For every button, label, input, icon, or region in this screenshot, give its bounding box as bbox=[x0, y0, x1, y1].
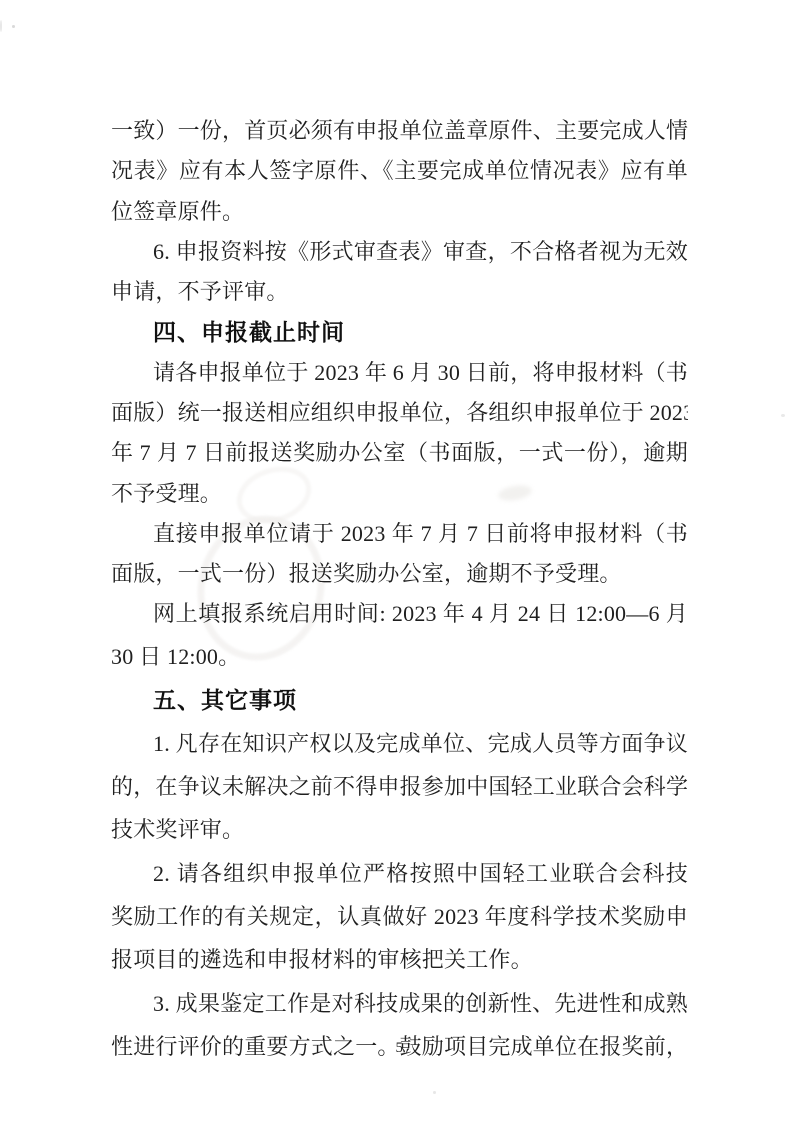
text-line: 报项目的遴选和申报材料的审核把关工作。 bbox=[111, 938, 688, 981]
text-line: 不予受理。 bbox=[111, 474, 688, 514]
text-line: 的，在争议未解决之前不得申报参加中国轻工业联合会科学 bbox=[111, 765, 688, 808]
text-line: 面版，一式一份）报送奖励办公室，逾期不予受理。 bbox=[111, 554, 688, 594]
scan-speck-artifact bbox=[0, 20, 2, 32]
text-line: 请各申报单位于 2023 年 6 月 30 日前，将申报材料（书 bbox=[111, 353, 688, 393]
scan-speck-artifact bbox=[12, 25, 15, 28]
text-line: 2. 请各组织申报单位严格按照中国轻工业联合会科技 bbox=[111, 852, 688, 895]
document-page: 一致）一份，首页必须有申报单位盖章原件、主要完成人情 况表》应有本人签字原件、《… bbox=[0, 0, 800, 1131]
text-line: 年 7 月 7 日前报送奖励办公室（书面版，一式一份），逾期 bbox=[111, 433, 688, 473]
section-heading-5: 五、其它事项 bbox=[111, 679, 688, 722]
text-line: 1. 凡存在知识产权以及完成单位、完成人员等方面争议 bbox=[111, 722, 688, 765]
section-heading-4: 四、申报截止时间 bbox=[111, 312, 688, 352]
text-line: 技术奖评审。 bbox=[111, 808, 688, 851]
text-line: 位签章原件。 bbox=[111, 192, 688, 232]
text-line: 直接申报单位请于 2023 年 7 月 7 日前将申报材料（书 bbox=[111, 514, 688, 554]
text-line: 30 日 12:00。 bbox=[111, 635, 688, 678]
body-text-upper: 一致）一份，首页必须有申报单位盖章原件、主要完成人情 况表》应有本人签字原件、《… bbox=[111, 111, 688, 595]
text-line: 况表》应有本人签字原件、《主要完成单位情况表》应有单 bbox=[111, 151, 688, 191]
body-text-lower: 网上填报系统启用时间: 2023 年 4 月 24 日 12:00—6 月 30… bbox=[111, 592, 688, 1068]
scan-speck-artifact bbox=[433, 1091, 436, 1094]
scan-speck-artifact bbox=[781, 414, 785, 417]
text-line: 6. 申报资料按《形式审查表》审查，不合格者视为无效 bbox=[111, 232, 688, 272]
page-number: 5 bbox=[111, 1040, 688, 1057]
text-line: 面版）统一报送相应组织申报单位，各组织申报单位于 2023 bbox=[111, 393, 688, 433]
text-line: 一致）一份，首页必须有申报单位盖章原件、主要完成人情 bbox=[111, 111, 688, 151]
text-line: 3. 成果鉴定工作是对科技成果的创新性、先进性和成熟 bbox=[111, 982, 688, 1025]
text-line: 申请，不予评审。 bbox=[111, 272, 688, 312]
text-line: 奖励工作的有关规定，认真做好 2023 年度科学技术奖励申 bbox=[111, 895, 688, 938]
text-line: 网上填报系统启用时间: 2023 年 4 月 24 日 12:00—6 月 bbox=[111, 592, 688, 635]
